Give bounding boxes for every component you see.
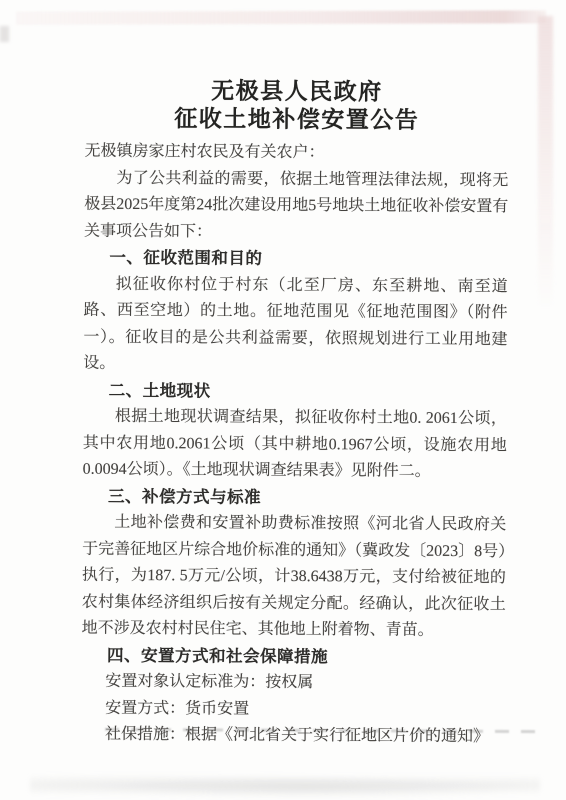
scan-artifact-top-tint-band [16,10,546,24]
scan-artifact-right-tint-strip [538,16,553,306]
scan-artifact-left-smudge [0,26,9,42]
section-scope-and-purpose: 一、征收范围和目的 拟征收你村位于村东（北至厂房、东至耕地、南至道路、西至空地）… [83,245,508,380]
section-2-heading: 二、土地现状 [83,377,507,406]
document-title-line1: 无极县人民政府 [85,77,509,108]
social-security-measure-line: 社保措施：根据《河北省关于实行征地区片价的通知》 [81,722,505,751]
section-1-heading: 一、征收范围和目的 [84,245,508,274]
section-3-paragraph: 土地补偿费和安置补助费标准按照《河北省人民政府关于完善征地区片综合地价标准的通知… [82,510,507,645]
scan-artifact-bottom-blotches [30,772,540,798]
scanned-document-page: 无极县人民政府 征收土地补偿安置公告 无极镇房家庄村农民及有关农户： 为了公共利… [0,0,566,800]
document-title-line2: 征收土地补偿安置公告 [85,105,509,136]
section-compensation-standard: 三、补偿方式与标准 土地补偿费和安置补助费标准按照《河北省人民政府关于完善征地区… [82,483,507,645]
resettlement-target-line: 安置对象认定标准为：按权属 [81,669,505,698]
salutation-line: 无极镇房家庄村农民及有关农户： [84,139,508,168]
intro-paragraph: 为了公共利益的需要，依据土地管理法律法规，现将无极县2025年度第24批次建设用… [84,165,508,247]
section-land-status: 二、土地现状 根据土地现状调查结果，拟征收你村土地0. 2061公顷，其中农用地… [83,377,508,486]
section-1-paragraph: 拟征收你村位于村东（北至厂房、东至耕地、南至道路、西至空地）的土地。征地范围见《… [83,271,508,380]
section-3-heading: 三、补偿方式与标准 [82,483,506,512]
section-4-heading: 四、安置方式和社会保障措施 [81,642,505,671]
announcement-document: 无极县人民政府 征收土地补偿安置公告 无极镇房家庄村农民及有关农户： 为了公共利… [81,77,509,751]
section-resettlement-and-social-security: 四、安置方式和社会保障措施 安置对象认定标准为：按权属 安置方式：货币安置 社保… [81,642,506,751]
section-2-paragraph: 根据土地现状调查结果，拟征收你村土地0. 2061公顷，其中农用地0.2061公… [83,404,507,486]
resettlement-method-line: 安置方式：货币安置 [81,695,505,724]
